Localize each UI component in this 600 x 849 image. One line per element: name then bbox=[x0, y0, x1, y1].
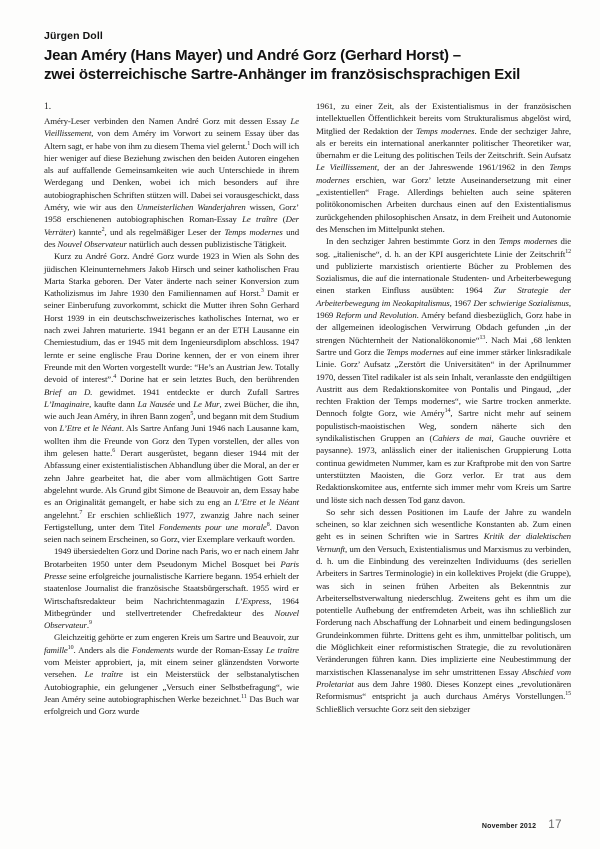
paragraph: So sehr sich dessen Positionen im Laufe … bbox=[316, 506, 571, 715]
footnote-ref: 8 bbox=[267, 522, 270, 528]
title-line-1: Jean Améry (Hans Mayer) und André Gorz (… bbox=[44, 47, 570, 66]
footnote-ref: 6 bbox=[112, 448, 115, 454]
paragraph: Améry-Leser verbinden den Namen André Go… bbox=[44, 115, 299, 250]
article-title: Jean Améry (Hans Mayer) und André Gorz (… bbox=[44, 47, 570, 84]
footnote-ref: 14 bbox=[445, 409, 451, 415]
section-number: 1. bbox=[44, 100, 299, 114]
page-number: 17 bbox=[548, 819, 562, 831]
article-body: 1. Améry-Leser verbinden den Namen André… bbox=[44, 100, 571, 718]
title-line-2: zwei österreichische Sartre-Anhänger im … bbox=[44, 66, 570, 85]
paragraph: 1961, zu einer Zeit, als der Existential… bbox=[316, 100, 571, 235]
footnote-ref: 1 bbox=[247, 141, 250, 147]
footnote-ref: 2 bbox=[102, 227, 105, 233]
article-header: Jürgen Doll Jean Améry (Hans Mayer) und … bbox=[44, 30, 570, 84]
footnote-ref: 3 bbox=[261, 288, 264, 294]
footnote-ref: 11 bbox=[241, 694, 247, 700]
author-name: Jürgen Doll bbox=[44, 30, 570, 43]
footnote-ref: 7 bbox=[79, 510, 82, 516]
footnote-ref: 15 bbox=[565, 691, 571, 697]
footnote-ref: 12 bbox=[565, 249, 571, 255]
footnote-ref: 4 bbox=[113, 374, 116, 380]
paragraph: Gleichzeitig gehörte er zum engeren Krei… bbox=[44, 631, 299, 717]
footnote-ref: 9 bbox=[89, 620, 92, 626]
footnote-ref: 10 bbox=[68, 645, 74, 651]
left-column: 1. Améry-Leser verbinden den Namen André… bbox=[44, 100, 299, 718]
issue-date: November 2012 bbox=[482, 823, 536, 830]
paragraph: Kurz zu André Gorz. André Gorz wurde 192… bbox=[44, 250, 299, 545]
right-column: 1961, zu einer Zeit, als der Existential… bbox=[316, 100, 571, 718]
footnote-ref: 5 bbox=[190, 411, 193, 417]
footnote-ref: 13 bbox=[480, 335, 486, 341]
page-footer: November 2012 17 bbox=[482, 819, 562, 831]
document-page: Jürgen Doll Jean Améry (Hans Mayer) und … bbox=[0, 0, 600, 849]
paragraph: 1949 übersiedelten Gorz und Dorine nach … bbox=[44, 545, 299, 631]
paragraph: In den sechziger Jahren bestimmte Gorz i… bbox=[316, 235, 571, 506]
